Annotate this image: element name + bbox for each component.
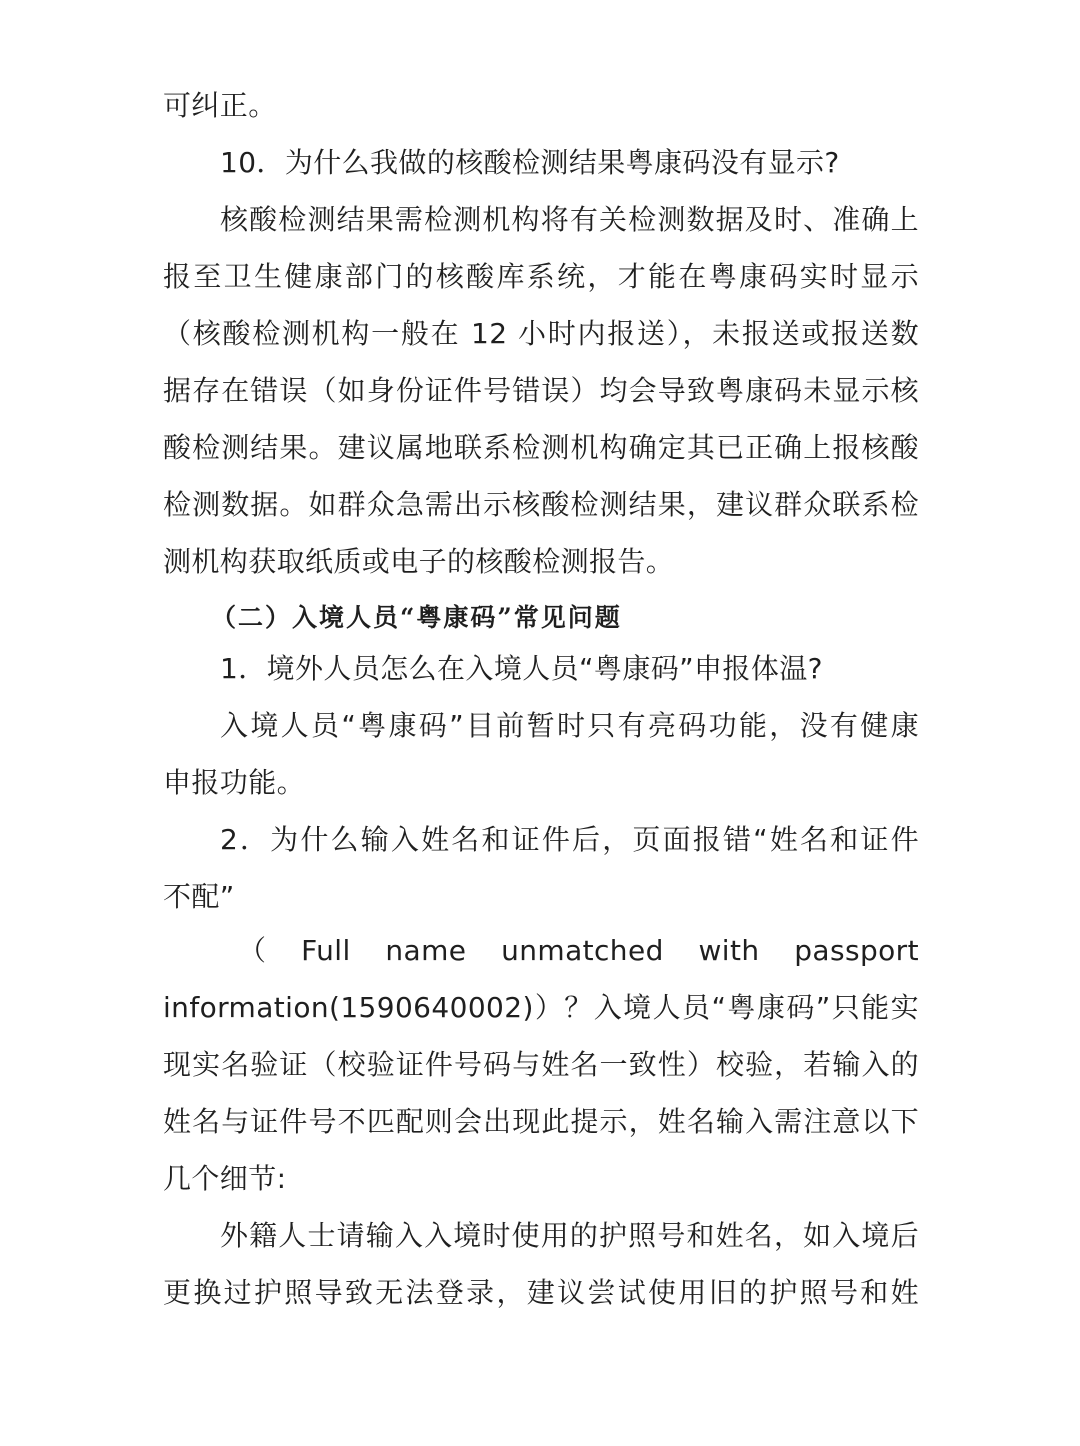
paragraph-line: 不配”: [163, 868, 919, 925]
word: name: [385, 922, 466, 979]
paragraph-line: 外籍人士请输入入境时使用的护照号和姓名，如入境后: [163, 1207, 919, 1264]
paragraph-line: 报至卫生健康部门的核酸库系统，才能在粤康码实时显示: [163, 248, 919, 305]
question-heading-1: 1．境外人员怎么在入境人员“粤康码”申报体温?: [163, 640, 919, 697]
question-heading-2: 2．为什么输入姓名和证件后，页面报错“姓名和证件: [163, 811, 919, 868]
paragraph-line: 姓名与证件号不匹配则会出现此提示，姓名输入需注意以下: [163, 1093, 919, 1150]
word: Full: [301, 922, 350, 979]
paragraph-line: 入境人员“粤康码”目前暂时只有亮码功能，没有健康: [163, 697, 919, 754]
paragraph-line: 核酸检测结果需检测机构将有关检测数据及时、准确上: [163, 191, 919, 248]
paragraph-line: information(1590640002)）？入境人员“粤康码”只能实: [163, 979, 919, 1036]
word: passport: [794, 922, 919, 979]
paragraph-line: 可纠正。: [163, 77, 919, 134]
paragraph-line: （核酸检测机构一般在 12 小时内报送），未报送或报送数: [163, 305, 919, 362]
paragraph-line: 检测数据。如群众急需出示核酸检测结果，建议群众联系检: [163, 476, 919, 533]
paragraph-line: 几个细节:: [163, 1150, 919, 1207]
paragraph-line: 申报功能。: [163, 754, 919, 811]
word: （: [238, 922, 266, 979]
paragraph-line: 据存在错误（如身份证件号错误）均会导致粤康码未显示核: [163, 362, 919, 419]
word: with: [699, 922, 760, 979]
word: unmatched: [501, 922, 664, 979]
paragraph-line: 现实名验证（校验证件号码与姓名一致性）校验，若输入的: [163, 1036, 919, 1093]
paragraph-line: 测机构获取纸质或电子的核酸检测报告。: [163, 533, 919, 590]
section-heading: （二）入境人员“粤康码”常见问题: [163, 589, 919, 646]
paragraph-line: 酸检测结果。建议属地联系检测机构确定其已正确上报核酸: [163, 419, 919, 476]
paragraph-line-english: （ Full name unmatched with passport: [163, 922, 919, 979]
paragraph-line: 更换过护照导致无法登录，建议尝试使用旧的护照号和姓: [163, 1264, 919, 1321]
question-heading-10: 10．为什么我做的核酸检测结果粤康码没有显示?: [163, 134, 919, 191]
